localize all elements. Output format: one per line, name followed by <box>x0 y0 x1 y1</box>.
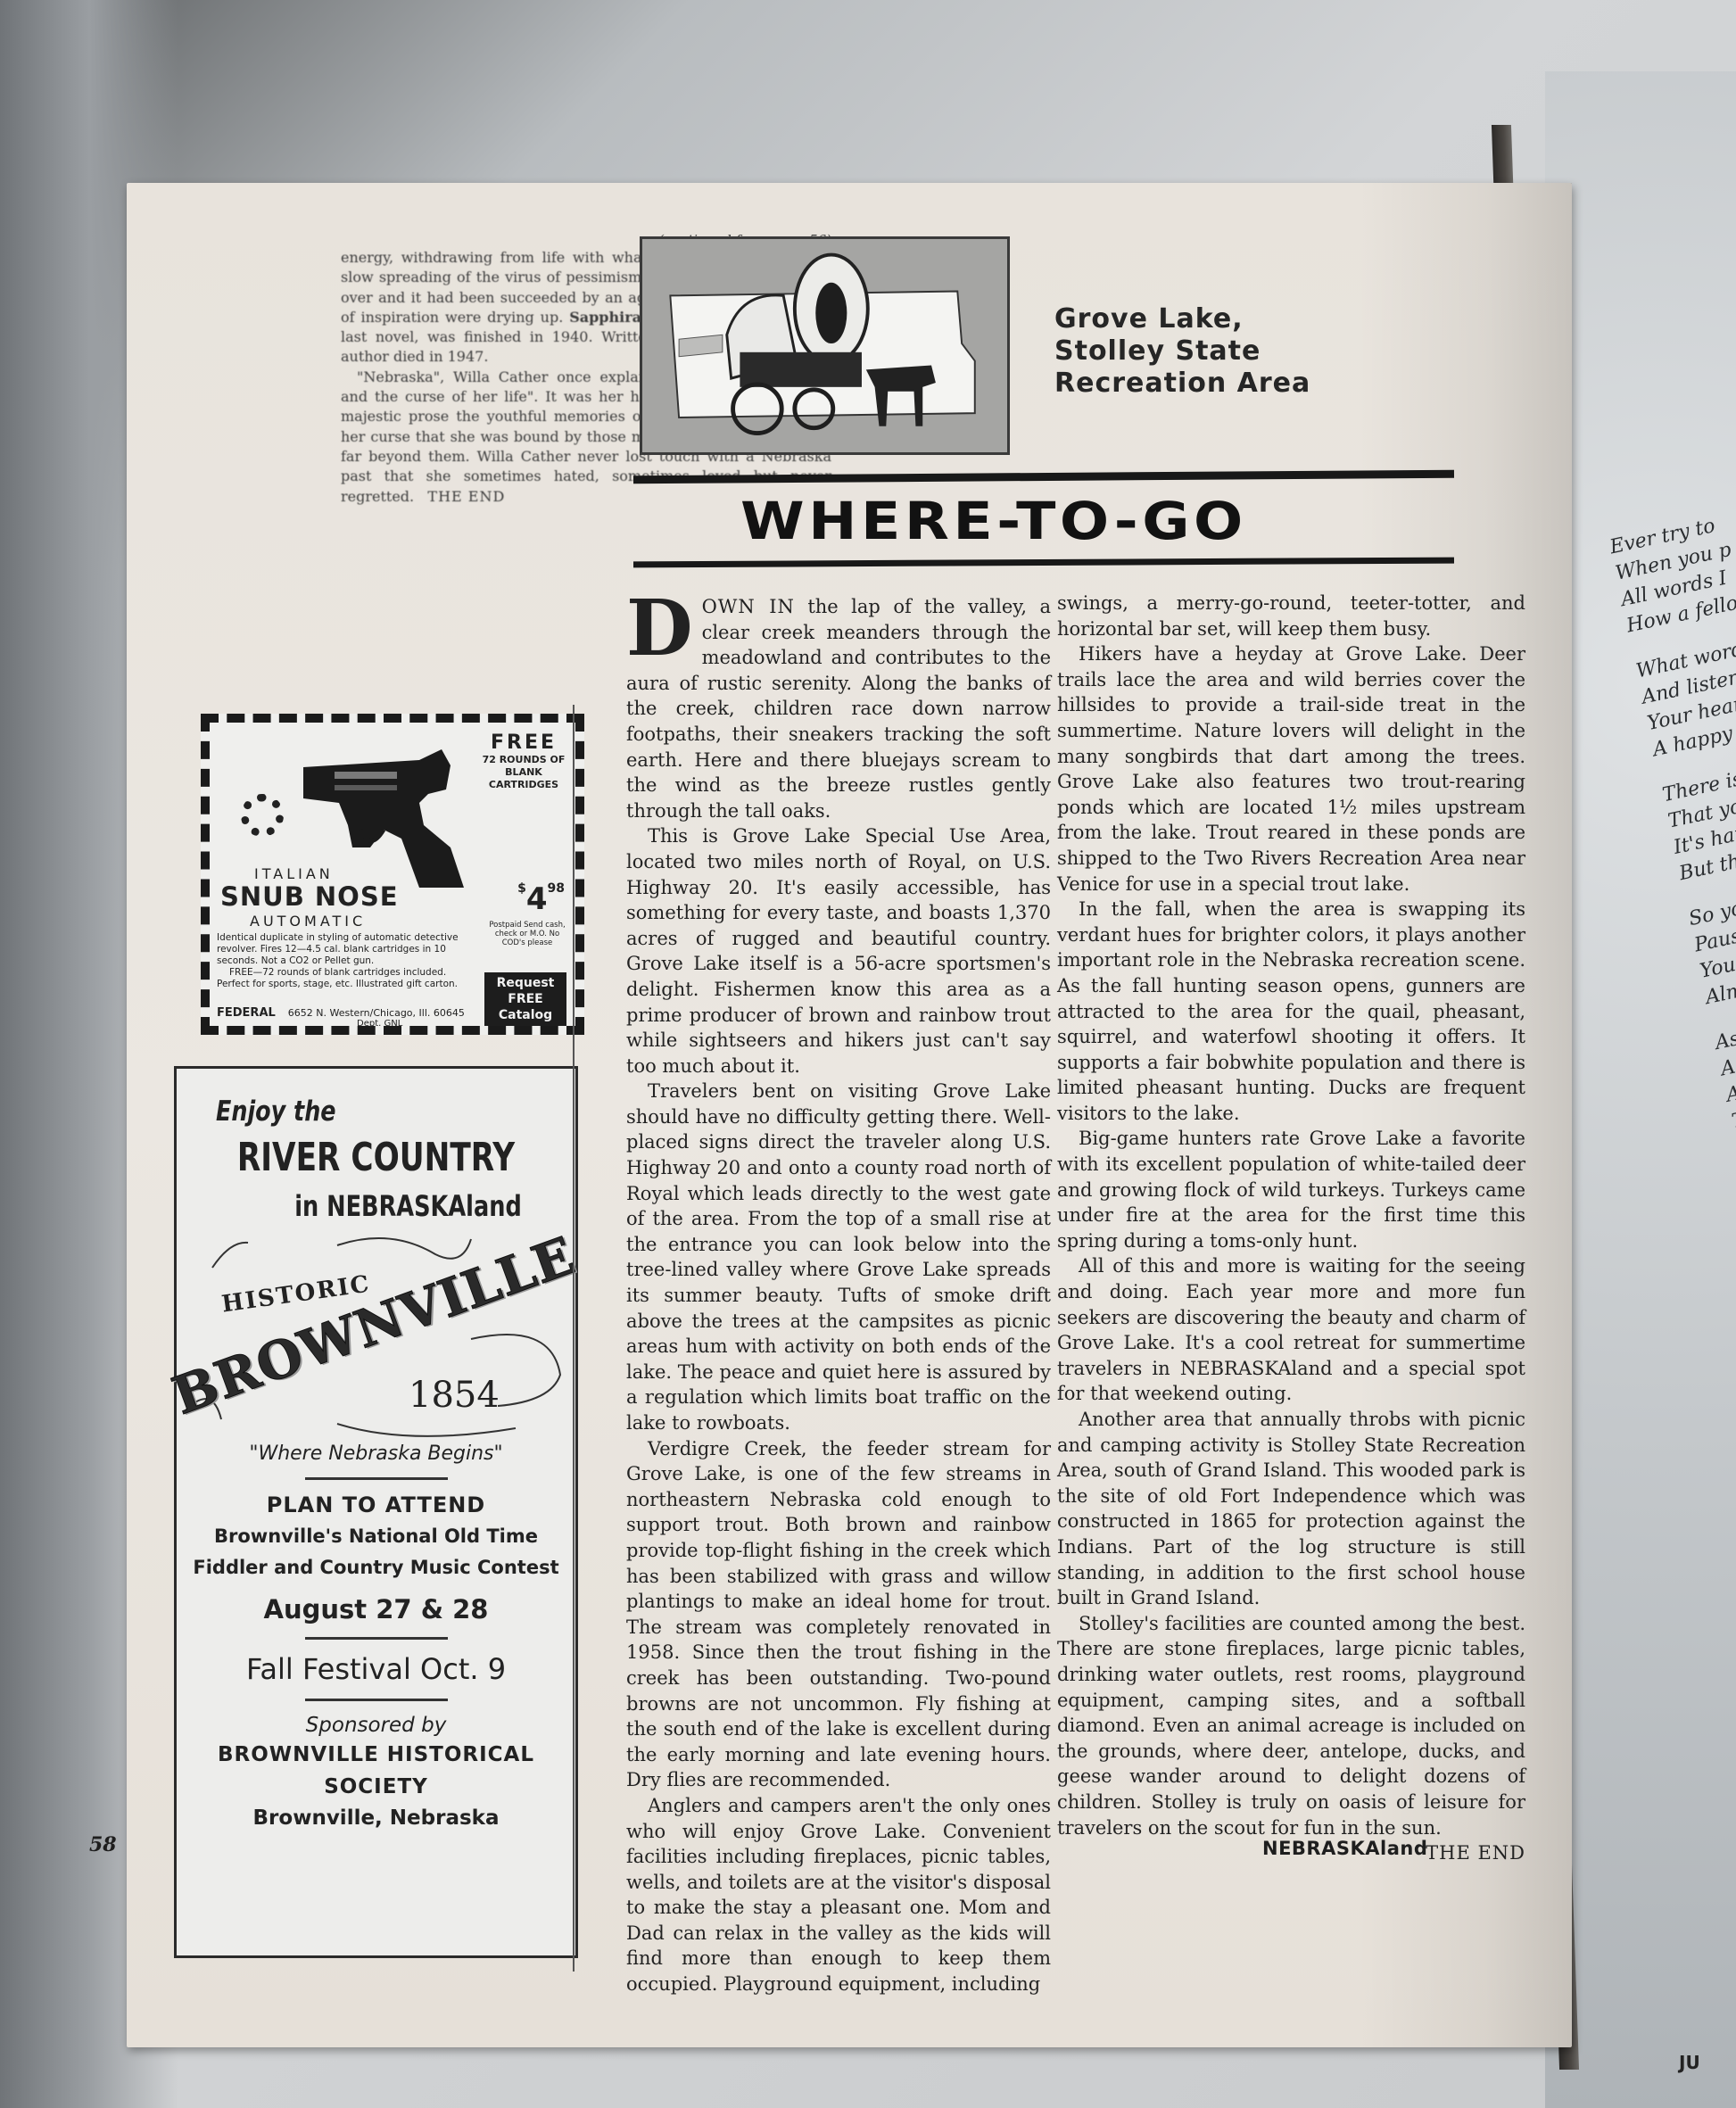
paragraph: swings, a merry-go-round, teeter-totter,… <box>1057 591 1525 641</box>
magazine-page: (continued from page 56) energy, withdra… <box>127 183 1572 2047</box>
end-mark: THE END <box>427 488 505 505</box>
ad-tagline: "Where Nebraska Begins" <box>177 1443 575 1465</box>
paragraph: All of this and more is waiting for the … <box>1057 1253 1525 1407</box>
free-subtitle: 72 ROUNDS OF BLANK CARTRIDGES <box>479 754 568 791</box>
ad-description-line: FREE—72 rounds of blank cartridges inclu… <box>217 967 475 990</box>
subtitle-line: Grove Lake, <box>1054 303 1310 335</box>
paragraph: Stolley's facilities are counted among t… <box>1057 1611 1525 1840</box>
request-catalog-button[interactable]: Request FREE Catalog <box>484 972 566 1026</box>
brownville-logo: HISTORIC BROWNVILLE 1854 <box>177 1232 575 1437</box>
subtitle-line: Recreation Area <box>1054 368 1310 400</box>
ad-city: Brownville, Nebraska <box>177 1806 575 1830</box>
next-page-footer: JU <box>1679 2052 1700 2073</box>
poem-stanza: There is n That you It's hard But the fi <box>1660 746 1736 888</box>
brownville-ad: Enjoy the RIVER COUNTRY in NEBRASKAland … <box>174 1066 578 1958</box>
dept-code: Dept. GNL <box>357 1019 402 1029</box>
advertiser-address: FEDERAL6652 N. Western/Chicago, Ill. 606… <box>217 1006 465 1020</box>
paragraph: This is Grove Lake Special Use Area, loc… <box>626 823 1051 1079</box>
poem-stanza: As your A place As you There a <box>1713 994 1736 1136</box>
paragraph: Anglers and campers aren't the only ones… <box>626 1793 1051 1997</box>
drop-cap: D <box>626 598 693 660</box>
covered-wagon-icon <box>642 239 1007 452</box>
paragraph: Hikers have a heyday at Grove Lake. Deer… <box>1057 641 1525 897</box>
price-note: Postpaid Send cash, check or M.O. No COD… <box>484 921 570 947</box>
price-dollars: 4 <box>526 881 548 917</box>
ad-sponsor: BROWNVILLE HISTORICAL SOCIETY <box>177 1739 575 1803</box>
poem-stanza: Ever try to When you p All words I How a… <box>1608 498 1736 640</box>
ad-enjoy: Enjoy the <box>216 1095 510 1128</box>
paragraph: DOWN IN the lap of the valley, a clear c… <box>626 594 1051 823</box>
price-cents: 98 <box>548 881 565 896</box>
paragraph: Big-game hunters rate Grove Lake a favor… <box>1057 1126 1525 1253</box>
article-column-middle: DOWN IN the lap of the valley, a clear c… <box>626 594 1051 1997</box>
article-subtitle: Grove Lake, Stolley State Recreation Are… <box>1054 303 1310 400</box>
ad-plan-to-attend: PLAN TO ATTEND <box>177 1492 575 1517</box>
ad-description-line: Identical duplicate in styling of automa… <box>217 932 475 967</box>
advertiser-name: FEDERAL <box>217 1006 276 1020</box>
snub-nose-ad: FREE 72 ROUNDS OF BLANK CARTRIDGES ITALI… <box>201 714 584 1035</box>
price: $498 <box>517 881 565 917</box>
column-rule <box>573 705 575 1972</box>
paragraph: In the fall, when the area is swapping i… <box>1057 897 1525 1126</box>
poem-stanza: So you m Pausing You stall Almost h <box>1687 870 1736 1012</box>
price-currency: $ <box>517 881 526 896</box>
divider <box>305 1699 448 1701</box>
wagon-illustration <box>640 236 1010 455</box>
paragraph: Travelers bent on visiting Grove Lake sh… <box>626 1079 1051 1435</box>
divider <box>305 1637 448 1640</box>
ad-contest: Brownville's National Old Time Fiddler a… <box>177 1521 575 1583</box>
ad-in-nebraskaland: in NEBRASKAland <box>217 1189 536 1223</box>
ad-product-name: SNUB NOSE <box>220 881 399 912</box>
free-title: FREE <box>479 732 568 754</box>
lead-in: OWN IN <box>702 596 795 617</box>
poem-fragment: Ever try to When you p All words I How a… <box>1608 498 1736 1278</box>
magazine-name: NEBRASKAland <box>1262 1838 1427 1859</box>
article-headline: WHERE-TO-GO <box>740 491 1247 551</box>
page-number: 58 <box>89 1833 117 1856</box>
ad-fall-festival: Fall Festival Oct. 9 <box>177 1652 575 1686</box>
text-run: Stolley's facilities are counted among t… <box>1057 1613 1525 1839</box>
ad-sponsored-by: Sponsored by <box>177 1714 575 1737</box>
cylinder-icon <box>241 794 284 837</box>
subtitle-line: Stolley State <box>1054 335 1310 368</box>
paragraph: Another area that annually throbs with p… <box>1057 1407 1525 1611</box>
headline-rule-bottom <box>633 558 1454 568</box>
ad-dates: August 27 & 28 <box>177 1594 575 1624</box>
divider <box>305 1477 448 1480</box>
next-page-partial: Ever try to When you p All words I How a… <box>1545 71 1736 2108</box>
ad-line-automatic: AUTOMATIC <box>250 913 366 930</box>
ad-year: 1854 <box>409 1375 500 1416</box>
poem-stanza: What word And listen Your heart A happy … <box>1634 622 1736 764</box>
article-column-right: swings, a merry-go-round, teeter-totter,… <box>1057 591 1525 1866</box>
ad-line-italian: ITALIAN <box>254 865 334 882</box>
ad-river-country: RIVER COUNTRY <box>220 1135 532 1180</box>
ad-description: Identical duplicate in styling of automa… <box>217 932 475 990</box>
free-rounds-callout: FREE 72 ROUNDS OF BLANK CARTRIDGES <box>479 732 568 791</box>
paragraph: Verdigre Creek, the feeder stream for Gr… <box>626 1436 1051 1793</box>
address: 6652 N. Western/Chicago, Ill. 60645 <box>288 1007 465 1019</box>
